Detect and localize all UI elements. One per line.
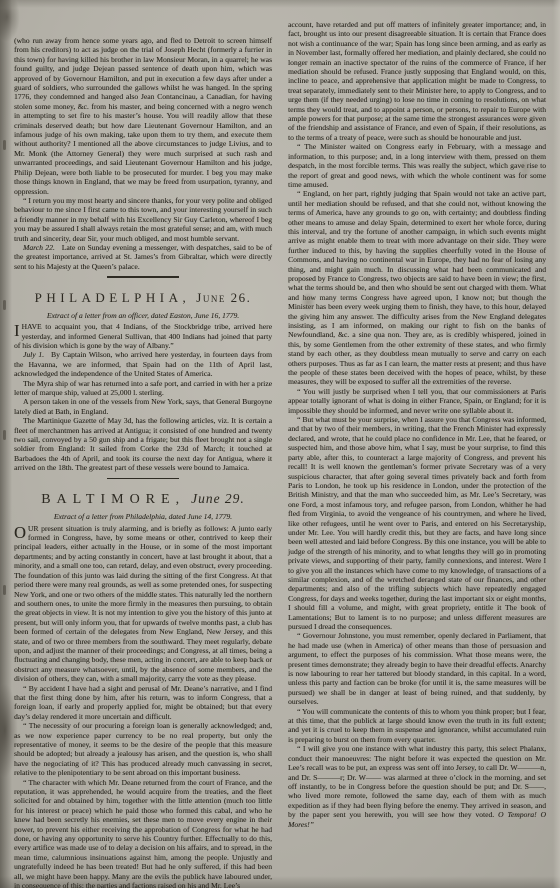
commissioners-paragraph: “ You will justly be surprised when I te… xyxy=(288,387,546,415)
minister-paragraph: “ The Minister waited on Congress early … xyxy=(288,142,546,189)
phalanx-paragraph: “ I will give you one instance with what… xyxy=(288,744,546,829)
news-item-text: By Captain Wilson, who arrived here yest… xyxy=(14,350,272,378)
continuation-paragraph: (who run away from hence some years ago,… xyxy=(14,36,272,196)
drop-cap: I xyxy=(14,322,22,338)
drop-cap: O xyxy=(14,524,28,540)
section-divider-rule xyxy=(107,478,179,480)
columns-wrapper: (who run away from hence some years ago,… xyxy=(0,0,560,888)
left-column: (who run away from hence some years ago,… xyxy=(14,0,272,888)
paragraph-text: HAVE to acquaint you, that 4 Indians, of… xyxy=(14,322,272,350)
johnstone-paragraph: “ Governour Johnstone, you must remember… xyxy=(288,631,546,706)
right-column: account, have retarded and put off matte… xyxy=(288,0,546,888)
date-lead: March 22. xyxy=(23,243,55,252)
communicate-paragraph: “ You will communicate the contents of t… xyxy=(288,707,546,745)
paragraph-text: “ I will give you one instance with what… xyxy=(288,744,546,819)
extract-dateline: Extract of a letter from an officer, dat… xyxy=(14,311,272,320)
england-paragraph: “ England, on her part, rightly judging … xyxy=(288,189,546,387)
headline-philadelphia: PHILADELPHIA, June 26. xyxy=(14,282,272,309)
newspaper-page: (who run away from hence some years ago,… xyxy=(0,0,560,888)
martinique-paragraph: The Martinique Gazette of May 3d, has th… xyxy=(14,416,272,472)
headline-date: June 26. xyxy=(196,290,251,305)
burgoyne-paragraph: A person taken in one of the vessels fro… xyxy=(14,397,272,416)
thanks-paragraph: “ I return you my most hearty and sincer… xyxy=(14,196,272,243)
surprise-paragraph: “ But what must be your surprise, when I… xyxy=(288,415,546,631)
headline-baltimore: BALTIMORE, June 29. xyxy=(14,483,272,510)
news-item-march-22: March 22.Late on Sunday evening a messen… xyxy=(14,243,272,271)
philadelphia-opening-paragraph: IHAVE to acquaint you, that 4 Indians, o… xyxy=(14,322,272,350)
myra-paragraph: The Myra ship of war has returned into a… xyxy=(14,379,272,398)
baltimore-opening-paragraph: OUR present situation is truly alarming,… xyxy=(14,524,272,684)
headline-date: June 29. xyxy=(191,491,245,506)
deane-paragraph: “ By accident I have had a sight and per… xyxy=(14,684,272,722)
account-paragraph: account, have retarded and put off matte… xyxy=(288,20,546,142)
headline-city: BALTIMORE, xyxy=(41,492,185,507)
news-item-july-1: July 1.By Captain Wilson, who arrived he… xyxy=(14,350,272,378)
date-lead: July 1. xyxy=(23,350,44,359)
extract-dateline: Extract of a letter from Philadelphia, d… xyxy=(14,512,272,521)
paragraph-text: UR present situation is truly alarming, … xyxy=(14,524,272,684)
loan-paragraph: “ The necessity of our procuring a forei… xyxy=(14,721,272,777)
section-divider-rule xyxy=(107,276,179,278)
character-paragraph: “ The character with which Mr. Deane ret… xyxy=(14,778,272,888)
headline-city: PHILADELPHIA, xyxy=(35,290,191,305)
